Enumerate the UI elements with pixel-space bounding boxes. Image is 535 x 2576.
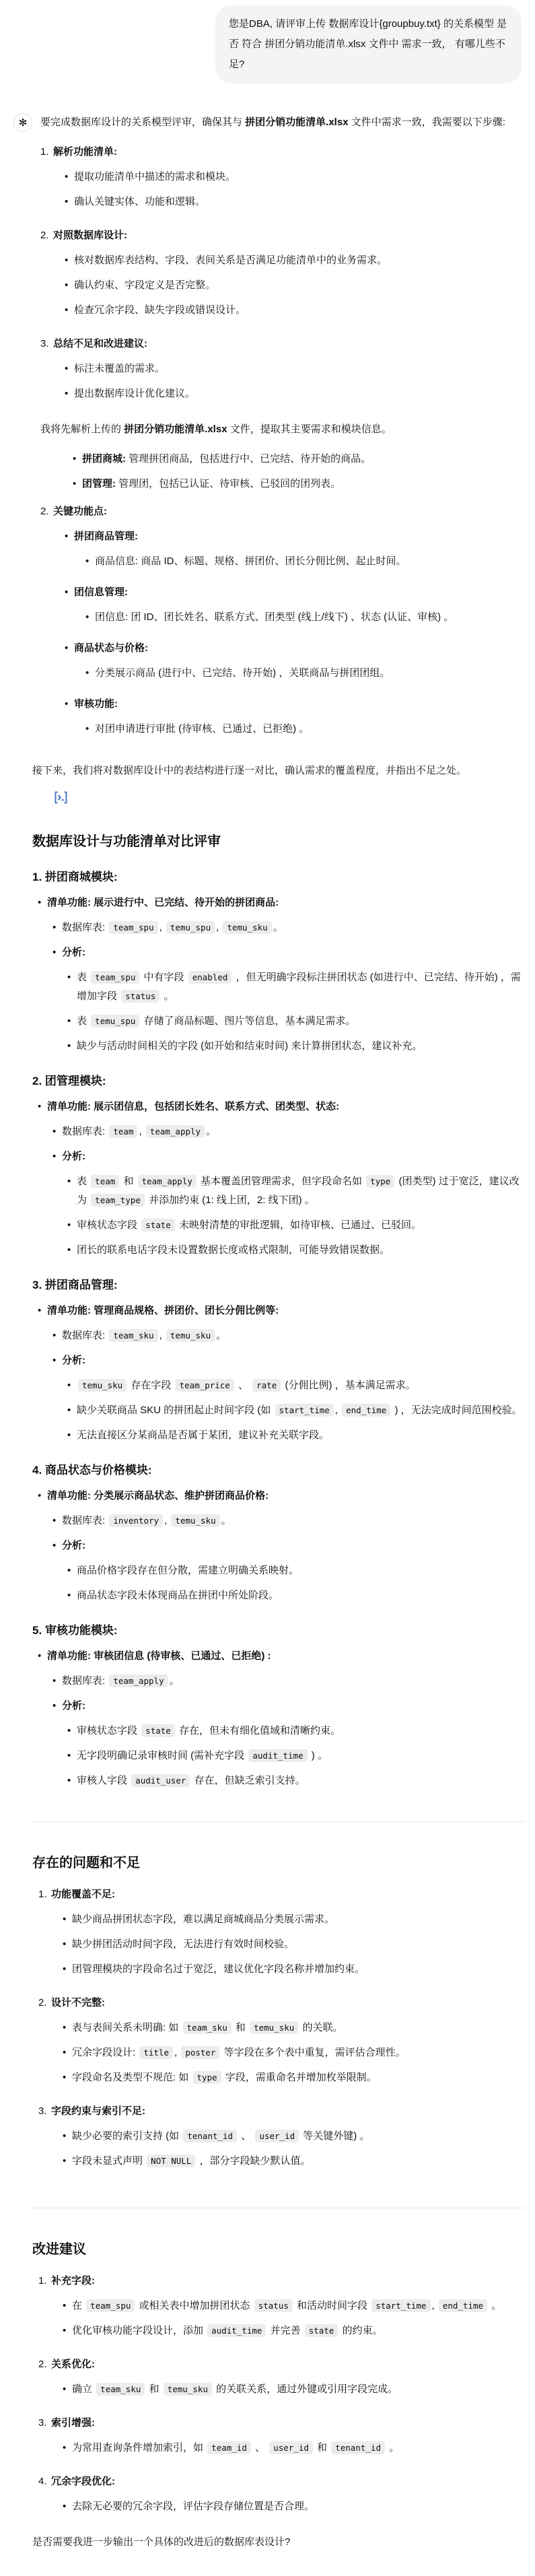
list-number: 3.: [38, 2102, 51, 2177]
list-item: •表 temu_spu 存储了商品标题、图片等信息，基本满足需求。: [67, 1012, 525, 1031]
list-item: • 团信息管理: •团信息: 团 ID、团长姓名、联系方式、团类型 (线上/线下…: [65, 583, 525, 633]
list-item: 4. 冗余字段优化: •去除无必要的冗余字段，评估字段存储位置是否合理。: [38, 2472, 525, 2522]
list-item: 2. 设计不完整: •表与表间关系未明确: 如 team_sku 和 temu_…: [38, 1994, 525, 2093]
list-item: •分析:: [52, 943, 525, 962]
inline-code: temu_sku: [223, 921, 271, 934]
bullet-marker: •: [63, 2019, 72, 2037]
module-list: •拼团商城: 管理拼团商品，包括进行中、已完结、待开始的商品。 •团管理: 管理…: [73, 450, 525, 494]
list-item: • 审核功能: •对团申请进行审批 (待审核、已通过、已拒绝) 。: [65, 695, 525, 745]
bullet-marker: •: [67, 1586, 77, 1605]
bold-text: 字段约束与索引不足:: [51, 2105, 145, 2117]
list-item: •分类展示商品 (进行中、已完结、待开始) ，关联商品与拼团团组。: [85, 664, 525, 683]
openai-logo-icon: ✻: [19, 118, 28, 128]
inline-code: state: [141, 1724, 175, 1737]
bullet-marker: •: [67, 1172, 77, 1210]
list-item: •分析:: [52, 1697, 525, 1716]
sub-list: •团信息: 团 ID、团长姓名、联系方式、团类型 (线上/线下) 、状态 (认证…: [85, 608, 525, 627]
list-item: •缺少商品拼团状态字段，难以满足商城商品分类展示需求。: [63, 1910, 525, 1929]
inline-code: temu_spu: [166, 921, 215, 934]
inline-code: type: [193, 2071, 221, 2084]
sub-list: •标注未覆盖的需求。 •提出数据库设计优化建议。: [65, 360, 525, 403]
bullet-marker: •: [67, 1401, 77, 1420]
inline-code: tenant_id: [331, 2441, 385, 2454]
list-item: •冗余字段设计: title, poster 等字段在多个表中重复，需评估合理性…: [63, 2043, 525, 2062]
review-section: 1. 拼团商城模块: •清单功能: 展示进行中、已完结、待开始的拼团商品: •数…: [32, 868, 525, 1056]
inline-code: team_type: [91, 1194, 145, 1207]
bullet-marker: •: [63, 2127, 72, 2146]
sub-list: •缺少商品拼团状态字段，难以满足商城商品分类展示需求。 •缺少拼团活动时间字段，…: [63, 1910, 525, 1979]
list-item: 1. 功能覆盖不足: •缺少商品拼团状态字段，难以满足商城商品分类展示需求。 •…: [38, 1885, 525, 1985]
bold-text: 团管理:: [82, 478, 116, 489]
inline-code: status: [121, 990, 159, 1003]
bullet-marker: •: [65, 639, 74, 689]
bullet-marker: •: [67, 1037, 77, 1056]
bold-text: 审核功能:: [74, 698, 118, 710]
bullet-marker: •: [63, 2321, 72, 2340]
list-item: •团信息: 团 ID、团长姓名、联系方式、团类型 (线上/线下) 、状态 (认证…: [85, 608, 525, 627]
list-item: •商品信息: 商品 ID、标题、规格、拼团价、团长分佣比例、起止时间。: [85, 552, 525, 571]
list-item: •数据库表: team, team_apply。: [52, 1122, 525, 1141]
list-item: •清单功能: 展示团信息，包括团长姓名、联系方式、团类型、状态:: [38, 1097, 525, 1116]
bullet-marker: •: [52, 1351, 62, 1370]
inline-code: temu_sku: [78, 1379, 127, 1392]
assistant-message: ✻ 要完成数据库设计的关系模型评审，确保其与 拼团分销功能清单.xlsx 文件中…: [0, 83, 535, 2576]
issues-list: 1. 功能覆盖不足: •缺少商品拼团状态字段，难以满足商城商品分类展示需求。 •…: [38, 1885, 525, 2177]
section-title: 4. 商品状态与价格模块:: [32, 1461, 525, 1480]
list-item: •为常用查询条件增加索引，如 team_id 、 user_id 和 tenan…: [63, 2439, 525, 2458]
list-item: •对团申请进行审批 (待审核、已通过、已拒绝) 。: [85, 720, 525, 739]
chat-thread: 您是DBA, 请评审上传 数据库设计{groupbuy.txt} 的关系模型 是…: [0, 0, 535, 2576]
list-item: •缺少与活动时间相关的字段 (如开始和结束时间) 来计算拼团状态，建议补充。: [67, 1037, 525, 1056]
parse-note-paragraph: 我将先解析上传的 拼团分销功能清单.xlsx 文件，提取其主要需求和模块信息。: [40, 420, 525, 439]
list-number: 2.: [38, 2355, 51, 2405]
bullet-marker: •: [85, 664, 95, 683]
list-number: 2.: [40, 502, 53, 751]
bullet-marker: •: [38, 1487, 47, 1505]
bullet-marker: •: [67, 1216, 77, 1235]
list-item: •数据库表: team_apply。: [52, 1672, 525, 1691]
bullet-marker: •: [73, 475, 82, 494]
inline-code: start_time: [275, 1404, 334, 1417]
bullet-marker: •: [65, 301, 74, 320]
bullet-marker: •: [38, 1301, 47, 1320]
list-item: •优化审核功能字段设计，添加 audit_time 并完善 state 的约束。: [63, 2321, 525, 2340]
bold-text: 分析:: [62, 1355, 85, 1366]
inline-code: team_id: [207, 2441, 251, 2454]
inline-code: state: [141, 1219, 175, 1231]
code-terminal-icon[interactable]: [54, 791, 68, 806]
sub-list: • 拼团商品管理: •商品信息: 商品 ID、标题、规格、拼团价、团长分佣比例、…: [65, 527, 525, 745]
bullet-marker: •: [52, 918, 62, 937]
list-item: •无法直接区分某商品是否属于某团，建议补充关联字段。: [67, 1426, 525, 1445]
inline-code: temu_sku: [171, 1514, 219, 1527]
sub-list: •对团申请进行审批 (待审核、已通过、已拒绝) 。: [85, 720, 525, 739]
section-title: 3. 拼团商品管理:: [32, 1276, 525, 1295]
section-title: 1. 拼团商城模块:: [32, 868, 525, 887]
list-item: •表 team 和 team_apply 基本覆盖团管理需求，但字段命名如 ty…: [67, 1172, 525, 1210]
bullet-marker: •: [65, 583, 74, 633]
list-number: 1.: [40, 143, 53, 217]
bullet-marker: •: [38, 1097, 47, 1116]
inline-code: temu_sku: [166, 1329, 215, 1342]
inline-code: team_spu: [91, 971, 139, 984]
list-item: •字段未显式声明 NOT NULL ，部分字段缺少默认值。: [63, 2152, 525, 2171]
bullet-marker: •: [65, 695, 74, 745]
list-number: 1.: [38, 1885, 51, 1985]
bold-text: 拼团分销功能清单.xlsx: [245, 116, 348, 128]
plan-steps-list: 1. 解析功能清单: •提取功能清单中描述的需求和模块。 •确认关键实体、功能和…: [40, 143, 525, 409]
bold-text: 分析:: [62, 1700, 85, 1711]
list-item: 1. 解析功能清单: •提取功能清单中描述的需求和模块。 •确认关键实体、功能和…: [40, 143, 525, 217]
bullet-marker: •: [67, 1012, 77, 1031]
inline-code: team_spu: [86, 2299, 135, 2312]
review-section: 2. 团管理模块: •清单功能: 展示团信息，包括团长姓名、联系方式、团类型、状…: [32, 1072, 525, 1260]
bold-text: 解析功能清单:: [53, 146, 117, 158]
list-number: 2.: [40, 226, 53, 326]
list-item: •提出数据库设计优化建议。: [65, 384, 525, 403]
list-item-title: 商品状态与价格:: [74, 639, 525, 658]
suggestions-list: 1. 补充字段: •在 team_spu 或相关表中增加拼团状态 status …: [38, 2272, 525, 2522]
list-item: •分析:: [52, 1351, 525, 1370]
bullet-marker: •: [63, 1960, 72, 1979]
list-number: 4.: [38, 2472, 51, 2522]
bold-text: 关系优化:: [51, 2359, 95, 2370]
bullet-marker: •: [52, 1697, 62, 1716]
sub-list: •在 team_spu 或相关表中增加拼团状态 status 和活动时间字段 s…: [63, 2297, 525, 2340]
bold-text: 冗余字段优化:: [51, 2476, 115, 2487]
bullet-marker: •: [67, 1747, 77, 1765]
inline-code: temu_spu: [91, 1015, 139, 1027]
list-item: •检查冗余字段、缺失字段或错误设计。: [65, 301, 525, 320]
list-item: •无字段明确记录审核时间 (需补充字段 audit_time ) 。: [67, 1747, 525, 1765]
section-title: 5. 审核功能模块:: [32, 1621, 525, 1640]
list-item: •清单功能: 展示进行中、已完结、待开始的拼团商品:: [38, 893, 525, 912]
bold-text: 对照数据库设计:: [53, 230, 127, 241]
list-item-title: 审核功能:: [74, 695, 525, 714]
list-item: •核对数据库表结构、字段、表间关系是否满足功能清单中的业务需求。: [65, 251, 525, 270]
bullet-marker: •: [63, 2068, 72, 2087]
review-section: 4. 商品状态与价格模块: •清单功能: 分类展示商品状态、维护拼团商品价格: …: [32, 1461, 525, 1605]
list-item-title: 索引增强:: [51, 2414, 525, 2433]
bold-text: 拼团商城:: [82, 453, 126, 465]
list-item: •表与表间关系未明确: 如 team_sku 和 temu_sku 的关联。: [63, 2019, 525, 2037]
sub-list: •核对数据库表结构、字段、表间关系是否满足功能清单中的业务需求。 •确认约束、字…: [65, 251, 525, 320]
bold-text: 功能覆盖不足:: [51, 1889, 115, 1900]
list-item: • 商品状态与价格: •分类展示商品 (进行中、已完结、待开始) ，关联商品与拼…: [65, 639, 525, 689]
assistant-content: 要完成数据库设计的关系模型评审，确保其与 拼团分销功能清单.xlsx 文件中需求…: [40, 113, 525, 2552]
sub-list: •表与表间关系未明确: 如 team_sku 和 temu_sku 的关联。 •…: [63, 2019, 525, 2087]
list-item: •分析:: [52, 1147, 525, 1166]
bold-text: 清单功能: 展示团信息，包括团长姓名、联系方式、团类型、状态:: [47, 1101, 339, 1112]
inline-code: status: [254, 2299, 293, 2312]
bullet-marker: •: [67, 1771, 77, 1790]
list-item: 3. 索引增强: •为常用查询条件增加索引，如 team_id 、 user_i…: [38, 2414, 525, 2464]
bold-text: 分析:: [62, 947, 85, 958]
list-item: •数据库表: team_spu, temu_spu, temu_sku。: [52, 918, 525, 937]
list-item: •商品价格字段存在但分散，需建立明确关系映射。: [67, 1561, 525, 1580]
bullet-marker: •: [65, 168, 74, 187]
list-item: •标注未覆盖的需求。: [65, 360, 525, 378]
inline-code: temu_sku: [164, 2383, 212, 2396]
inline-code: type: [366, 1175, 394, 1188]
review-section: 3. 拼团商品管理: •清单功能: 管理商品规格、拼团价、团长分佣比例等: •数…: [32, 1276, 525, 1445]
list-item: •数据库表: inventory, temu_sku。: [52, 1512, 525, 1530]
review-heading: 数据库设计与功能清单对比评审: [32, 832, 525, 852]
list-item: •审核状态字段 state 存在，但未有细化值域和清晰约束。: [67, 1722, 525, 1740]
bold-text: 清单功能: 分类展示商品状态、维护拼团商品价格:: [47, 1490, 269, 1501]
list-item: •表 team_spu 中有字段 enabled ，但无明确字段标注拼团状态 (…: [67, 968, 525, 1006]
inline-code: team_apply: [146, 1125, 205, 1138]
bold-text: 团信息管理:: [74, 586, 128, 598]
bullet-marker: •: [85, 608, 95, 627]
list-item: •temu_sku 存在字段 team_price 、 rate (分佣比例) …: [67, 1376, 525, 1395]
intro-paragraph: 要完成数据库设计的关系模型评审，确保其与 拼团分销功能清单.xlsx 文件中需求…: [40, 113, 525, 132]
assistant-avatar: ✻: [13, 113, 32, 132]
list-item: •去除无必要的冗余字段，评估字段存储位置是否合理。: [63, 2497, 525, 2516]
list-item: •数据库表: team_sku, temu_sku。: [52, 1326, 525, 1345]
inline-code: team_sku: [96, 2383, 145, 2396]
list-item-title: 补充字段:: [51, 2272, 525, 2291]
list-item: •缺少必要的索引支持 (如 tenant_id 、 user_id 等关键外键)…: [63, 2127, 525, 2146]
inline-code: team_sku: [109, 1329, 157, 1342]
list-item: •缺少关联商品 SKU 的拼团起止时间字段 (如 start_time, end…: [67, 1401, 525, 1420]
bullet-marker: •: [63, 1910, 72, 1929]
list-item: •字段命名及类型不规范: 如 type 字段，需重命名并增加枚举限制。: [63, 2068, 525, 2087]
list-number: 3.: [38, 2414, 51, 2464]
list-item: •审核人字段 audit_user 存在，但缺乏索引支持。: [67, 1771, 525, 1790]
bullet-marker: •: [65, 251, 74, 270]
list-item: •确立 team_sku 和 temu_sku 的关联关系，通过外键或引用字段完…: [63, 2380, 525, 2399]
list-item: •清单功能: 审核团信息 (待审核、已通过、已拒绝) :: [38, 1647, 525, 1666]
bullet-marker: •: [65, 193, 74, 211]
inline-code: team: [109, 1125, 137, 1138]
inline-code: team_spu: [109, 921, 157, 934]
bold-text: 关键功能点:: [53, 506, 107, 517]
list-item: 2. 关系优化: •确立 team_sku 和 temu_sku 的关联关系，通…: [38, 2355, 525, 2405]
user-message-row: 您是DBA, 请评审上传 数据库设计{groupbuy.txt} 的关系模型 是…: [0, 5, 535, 83]
bullet-marker: •: [63, 2043, 72, 2062]
bullet-marker: •: [63, 2380, 72, 2399]
bold-text: 分析:: [62, 1151, 85, 1162]
bullet-marker: •: [85, 720, 95, 739]
list-item: •缺少拼团活动时间字段，无法进行有效时间校验。: [63, 1935, 525, 1954]
bullet-marker: •: [65, 384, 74, 403]
bold-text: 总结不足和改进建议:: [53, 338, 147, 349]
sub-list: •分类展示商品 (进行中、已完结、待开始) ，关联商品与拼团团组。: [85, 664, 525, 683]
list-item: •审核状态字段 state 未映射清楚的审批逻辑，如待审核、已通过、已驳回。: [67, 1216, 525, 1235]
inline-code: state: [305, 2324, 338, 2337]
inline-code: audit_time: [248, 1749, 307, 1762]
list-item: •团长的联系电话字段未设置数据长度或格式限制，可能导致错误数据。: [67, 1241, 525, 1260]
list-item: 1. 补充字段: •在 team_spu 或相关表中增加拼团状态 status …: [38, 2272, 525, 2346]
bullet-marker: •: [52, 1122, 62, 1141]
sub-list: •确立 team_sku 和 temu_sku 的关联关系，通过外键或引用字段完…: [63, 2380, 525, 2399]
list-item: •清单功能: 分类展示商品状态、维护拼团商品价格:: [38, 1487, 525, 1505]
bold-text: 设计不完整:: [51, 1997, 105, 2008]
bullet-marker: •: [38, 1647, 47, 1666]
bold-text: 拼团商品管理:: [74, 531, 138, 542]
list-number: 2.: [38, 1994, 51, 2093]
bullet-marker: •: [52, 1147, 62, 1166]
inline-code: team_apply: [138, 1175, 197, 1188]
bullet-marker: •: [73, 450, 82, 469]
list-item: •确认约束、字段定义是否完整。: [65, 276, 525, 295]
bold-text: 清单功能: 展示进行中、已完结、待开始的拼团商品:: [47, 897, 279, 908]
list-number: 1.: [38, 2272, 51, 2346]
bullet-marker: •: [52, 943, 62, 962]
bullet-marker: •: [65, 527, 74, 577]
list-item: •确认关键实体、功能和逻辑。: [65, 193, 525, 211]
list-item: • 拼团商品管理: •商品信息: 商品 ID、标题、规格、拼团价、团长分佣比例、…: [65, 527, 525, 577]
list-item-title: 解析功能清单:: [53, 143, 525, 162]
inline-code: user_id: [255, 2130, 299, 2142]
bullet-marker: •: [67, 968, 77, 1006]
bold-text: 补充字段:: [51, 2275, 95, 2286]
bold-text: 商品状态与价格:: [74, 642, 148, 654]
next-note-paragraph: 接下来，我们将对数据库设计中的表结构进行逐一对比，确认需求的覆盖程度，并指出不足…: [32, 761, 525, 780]
inline-code: poster: [181, 2046, 219, 2059]
list-item: 2. 关键功能点: • 拼团商品管理: •商品信息: 商品 ID、标题、规格、拼…: [40, 502, 525, 751]
user-message-bubble: 您是DBA, 请评审上传 数据库设计{groupbuy.txt} 的关系模型 是…: [215, 5, 522, 83]
inline-code: tenant_id: [183, 2130, 237, 2142]
bullet-marker: •: [65, 360, 74, 378]
inline-code: team_apply: [109, 1674, 168, 1687]
list-item-title: 关系优化:: [51, 2355, 525, 2374]
list-item: •商品状态字段未体现商品在拼团中所处阶段。: [67, 1586, 525, 1605]
inline-code: team_sku: [183, 2021, 231, 2034]
inline-code: end_time: [342, 1404, 390, 1417]
list-item: •拼团商城: 管理拼团商品，包括进行中、已完结、待开始的商品。: [73, 450, 525, 469]
inline-code: rate: [252, 1379, 281, 1392]
list-item-title: 关键功能点:: [53, 502, 525, 521]
inline-code: team_price: [176, 1379, 234, 1392]
list-item: •清单功能: 管理商品规格、拼团价、团长分佣比例等:: [38, 1301, 525, 1320]
bullet-marker: •: [63, 1935, 72, 1954]
sub-list: •缺少必要的索引支持 (如 tenant_id 、 user_id 等关键外键)…: [63, 2127, 525, 2171]
bold-text: 清单功能: 管理商品规格、拼团价、团长分佣比例等:: [47, 1305, 279, 1316]
bullet-marker: •: [67, 1561, 77, 1580]
list-item-title: 字段约束与索引不足:: [51, 2102, 525, 2121]
inline-code: end_time: [439, 2299, 487, 2312]
inline-code: team: [91, 1175, 119, 1188]
bullet-marker: •: [52, 1536, 62, 1555]
bold-text: 分析:: [62, 1540, 85, 1551]
list-item-title: 总结不足和改进建议:: [53, 335, 525, 353]
inline-code: start_time: [371, 2299, 430, 2312]
list-item: •提取功能清单中描述的需求和模块。: [65, 168, 525, 187]
list-item-title: 团信息管理:: [74, 583, 525, 602]
inline-code: NOT NULL: [147, 2155, 195, 2167]
inline-code: temu_sku: [250, 2021, 298, 2034]
bullet-marker: •: [63, 2297, 72, 2315]
bullet-marker: •: [52, 1672, 62, 1691]
inline-code: audit_time: [207, 2324, 266, 2337]
issues-heading: 存在的问题和不足: [32, 1853, 525, 1873]
list-item-title: 功能覆盖不足:: [51, 1885, 525, 1904]
list-item: 2. 对照数据库设计: •核对数据库表结构、字段、表间关系是否满足功能清单中的业…: [40, 226, 525, 326]
bullet-marker: •: [67, 1722, 77, 1740]
bullet-marker: •: [63, 2439, 72, 2458]
list-item-title: 拼团商品管理:: [74, 527, 525, 546]
inline-code: user_id: [269, 2441, 313, 2454]
assistant-content-continued: 接下来，我们将对数据库设计中的表结构进行逐一对比，确认需求的覆盖程度，并指出不足…: [32, 761, 525, 2552]
list-item-title: 对照数据库设计:: [53, 226, 525, 245]
analysis-chip-row: [54, 791, 525, 806]
sub-list: •去除无必要的冗余字段，评估字段存储位置是否合理。: [63, 2497, 525, 2516]
bold-text: 拼团分销功能清单.xlsx: [124, 423, 227, 435]
inline-code: audit_user: [131, 1774, 190, 1787]
list-item: 3. 字段约束与索引不足: •缺少必要的索引支持 (如 tenant_id 、 …: [38, 2102, 525, 2177]
bold-text: 清单功能: 审核团信息 (待审核、已通过、已拒绝) :: [47, 1650, 271, 1662]
list-item: •团管理模块的字段命名过于宽泛，建议优化字段名称并增加约束。: [63, 1960, 525, 1979]
list-item: 3. 总结不足和改进建议: •标注未覆盖的需求。 •提出数据库设计优化建议。: [40, 335, 525, 409]
bullet-marker: •: [67, 1426, 77, 1445]
bullet-marker: •: [67, 1376, 77, 1395]
sub-list: •商品信息: 商品 ID、标题、规格、拼团价、团长分佣比例、起止时间。: [85, 552, 525, 571]
list-item: •团管理: 管理团，包括已认证、待审核、已驳回的团列表。: [73, 475, 525, 494]
bullet-marker: •: [63, 2152, 72, 2171]
list-item-title: 冗余字段优化:: [51, 2472, 525, 2491]
section-divider: [32, 1821, 525, 1822]
list-item: •在 team_spu 或相关表中增加拼团状态 status 和活动时间字段 s…: [63, 2297, 525, 2315]
sub-list: •提取功能清单中描述的需求和模块。 •确认关键实体、功能和逻辑。: [65, 168, 525, 211]
inline-code: title: [139, 2046, 173, 2059]
review-section: 5. 审核功能模块: •清单功能: 审核团信息 (待审核、已通过、已拒绝) : …: [32, 1621, 525, 1790]
sub-list: •为常用查询条件增加索引，如 team_id 、 user_id 和 tenan…: [63, 2439, 525, 2458]
bullet-marker: •: [67, 1241, 77, 1260]
suggestions-heading: 改进建议: [32, 2239, 525, 2260]
bullet-marker: •: [52, 1326, 62, 1345]
bullet-marker: •: [65, 276, 74, 295]
section-divider: [32, 2208, 525, 2208]
bullet-marker: •: [38, 893, 47, 912]
list-item: •分析:: [52, 1536, 525, 1555]
section-title: 2. 团管理模块:: [32, 1072, 525, 1091]
list-item-title: 设计不完整:: [51, 1994, 525, 2012]
inline-code: inventory: [109, 1514, 163, 1527]
bullet-marker: •: [63, 2497, 72, 2516]
list-number: 3.: [40, 335, 53, 409]
bullet-marker: •: [85, 552, 95, 571]
inline-code: enabled: [188, 971, 232, 984]
closing-question: 是否需要我进一步输出一个具体的改进后的数据库表设计?: [32, 2533, 525, 2552]
bullet-marker: •: [52, 1512, 62, 1530]
bold-text: 索引增强:: [51, 2417, 95, 2429]
